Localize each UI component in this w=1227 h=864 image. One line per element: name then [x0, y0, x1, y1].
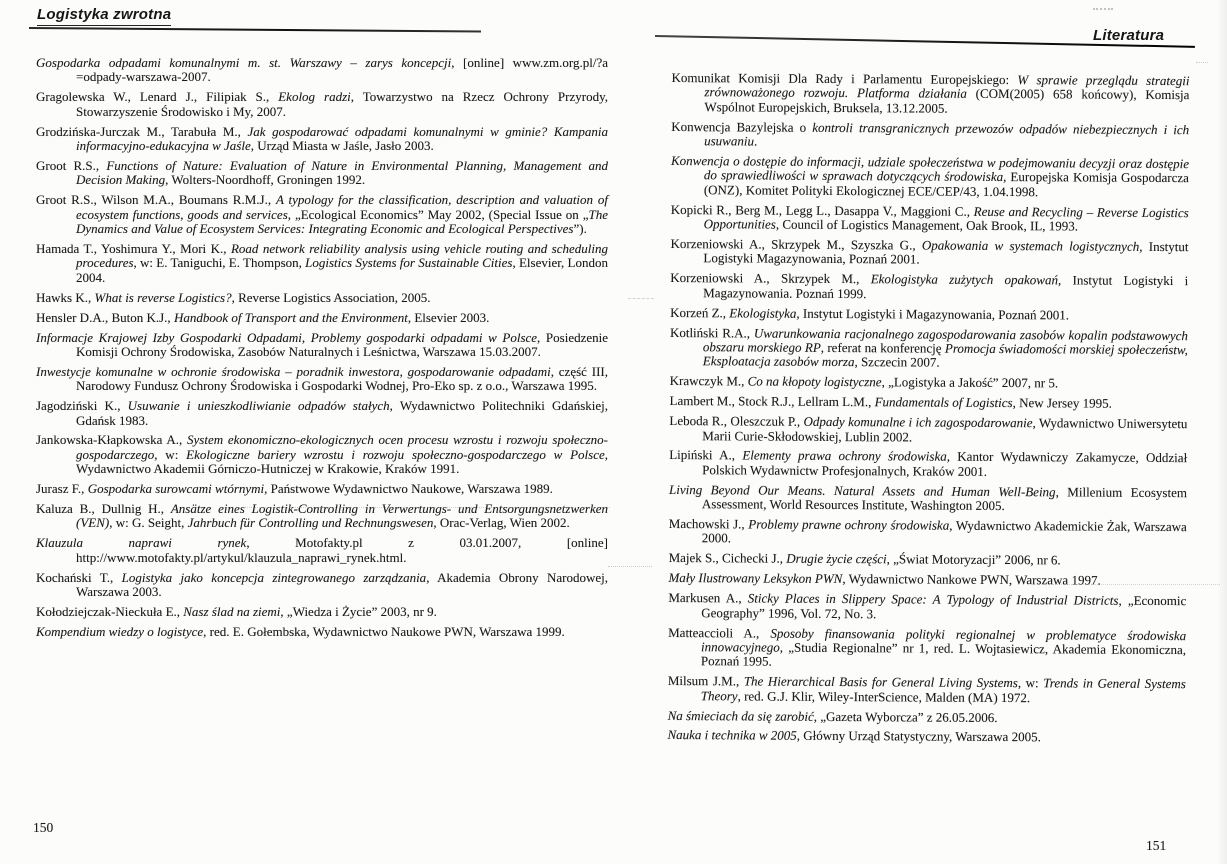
entry-text-run: , Wolters-Noordhoff, Groningen 1992.	[165, 172, 365, 187]
entry-text-run: , Wydawnictwo Nankowe PWN, Warszawa 1997…	[842, 571, 1100, 588]
entry-title-run: Jahrbuch für Controlling und Rechnungswe…	[188, 515, 434, 530]
entry-text-run: , „Wiedza i Życie” 2003, nr 9.	[280, 604, 437, 619]
entry-text-run: , w:	[154, 447, 186, 462]
entry-title-run: Nasz ślad na ziemi	[183, 604, 280, 619]
entry-title-run: Ekologistyka zużytych opakowań	[871, 272, 1058, 288]
entry-text-run: , „Ecological Economics” May 2002, (Spec…	[288, 207, 589, 222]
entry-title-run: Logistyka jako koncepcja zintegrowanego …	[122, 570, 427, 585]
entry-text-run: Groot R.S.,	[36, 158, 106, 173]
bibliography-entry: Lambert M., Stock R.J., Lellram L.M., Fu…	[670, 394, 1188, 412]
bibliography-entry: Kołodziejczak-Nieckuła E., Nasz ślad na …	[36, 605, 608, 619]
bibliography-entry: Hamada T., Yoshimura Y., Mori K., Road n…	[36, 242, 608, 285]
entry-title-run: Gospodarka odpadami komunalnymi m. st. W…	[36, 55, 451, 70]
entry-text-run: , w: E. Taniguchi, E. Thompson,	[134, 255, 306, 270]
bibliography-entry: Jankowska-Kłapkowska A., System ekonomic…	[36, 433, 608, 476]
entry-text-run: , red. G.J. Klir, Wiley-InterScience, Ma…	[738, 688, 1031, 705]
entry-title-run: Handbook of Transport and the Environmen…	[174, 310, 408, 325]
entry-text-run: , „Świat Motoryzacji” 2006, nr 6.	[887, 552, 1061, 568]
entry-text-run: Jagodziński K.,	[36, 398, 128, 413]
entry-text-run: Jankowska-Kłapkowska A.,	[36, 432, 187, 447]
entry-title-run: Logistics Systems for Sustainable Cities	[305, 255, 512, 270]
entry-text-run: Hawks K.,	[36, 290, 95, 305]
entry-text-run: Milsum J.M.,	[668, 673, 744, 688]
bibliography-entry: Klauzula naprawi rynek, Motofakty.pl z 0…	[36, 536, 608, 565]
bibliography-entry: Gospodarka odpadami komunalnymi m. st. W…	[36, 56, 608, 85]
entry-title-run: Ekolog radzi	[278, 89, 351, 104]
entry-title-run: Gospodarka surowcami wtórnymi	[88, 481, 264, 496]
entry-text-run: Korzeniowski A., Skrzypek M.,	[670, 270, 871, 286]
entry-text-run: , w:	[1018, 675, 1044, 690]
entry-text-run: , „Logistyka a Jakość” 2007, nr 5.	[882, 375, 1059, 391]
entry-text-run: , red. E. Gołembska, Wydawnictwo Naukowe…	[203, 624, 565, 639]
bibliography-entry: Konwencja o dostępie do informacji, udzi…	[671, 154, 1189, 200]
entry-text-run: Markusen A.,	[668, 590, 748, 605]
bibliography-entry: Grodzińska-Jurczak M., Tarabuła M., Jak …	[36, 125, 608, 154]
entry-text-run: Kotliński R.A.,	[670, 325, 754, 341]
bibliography-entry: Jagodziński K., Usuwanie i unieszkodliwi…	[36, 399, 608, 428]
bibliography-entry: Informacje Krajowej Izby Gospodarki Odpa…	[36, 331, 608, 360]
bibliography-entry: Groot R.S., Wilson M.A., Boumans R.M.J.,…	[36, 193, 608, 236]
entry-title-run: Problemy prawne ochrony środowiska	[748, 517, 949, 533]
entry-text-run: , Elsevier 2003.	[408, 310, 490, 325]
entry-text-run: Korzeń Z.,	[670, 305, 729, 320]
entry-title-run: Co na kłopoty logistyczne	[748, 374, 882, 390]
bibliography-entry: Gragolewska W., Lenard J., Filipiak S., …	[36, 90, 608, 119]
entry-text-run: Hamada T., Yoshimura Y., Mori K.,	[36, 241, 231, 256]
bibliography-entry: Na śmieciach da się zarobić, „Gazeta Wyb…	[668, 709, 1186, 727]
bibliography-column-right: Komunikat Komisji Dla Rady i Parlamentu …	[667, 0, 1190, 751]
entry-title-run: Mały Ilustrowany Leksykon PWN	[668, 570, 842, 586]
entry-text-run: Konwencja Bazylejska o	[671, 119, 812, 135]
bibliography-entry: Leboda R., Oleszczuk P., Odpady komunaln…	[669, 414, 1187, 446]
bibliography-entry: Korzeń Z., Ekologistyka, Instytut Logist…	[670, 306, 1188, 324]
bibliography-column-left: Gospodarka odpadami komunalnymi m. st. W…	[36, 0, 608, 645]
entry-title-run: Opakowania w systemach logistycznych	[922, 238, 1139, 254]
entry-text-run: Groot R.S., Wilson M.A., Boumans R.M.J.,	[36, 192, 276, 207]
entry-text-run: Matteaccioli A.,	[668, 624, 770, 640]
entry-text-run: , Orac-Verlag, Wien 2002.	[433, 515, 569, 530]
entry-text-run: , Urząd Miasta w Jaśle, Jasło 2003.	[251, 138, 434, 153]
entry-title-run: Klauzula naprawi rynek	[36, 535, 246, 550]
entry-text-run: , Reverse Logistics Association, 2005.	[232, 290, 431, 305]
entry-text-run: Majek S., Cichecki J.,	[669, 550, 787, 566]
bibliography-entry: Machowski J., Problemy prawne ochrony śr…	[669, 517, 1187, 549]
bibliography-entry: Lipiński A., Elementy prawa ochrony środ…	[669, 448, 1187, 480]
entry-text-run: , Szczecin 2007.	[854, 355, 939, 371]
bibliography-entry: Majek S., Cichecki J., Drugie życie częś…	[669, 551, 1187, 569]
entry-text-run: ”).	[573, 221, 586, 236]
entry-text-run: Gragolewska W., Lenard J., Filipiak S.,	[36, 89, 278, 104]
scan-artifact	[238, 507, 610, 508]
entry-title-run: Fundamentals of Logistics	[875, 394, 1013, 410]
entry-text-run: Jurasz F.,	[36, 481, 88, 496]
entry-title-run: Drugie życie części	[786, 551, 886, 567]
bibliography-entry: Milsum J.M., The Hierarchical Basis for …	[668, 674, 1186, 706]
entry-text-run: , w: G. Seight,	[109, 515, 187, 530]
bibliography-entry: Komunikat Komisji Dla Rady i Parlamentu …	[671, 71, 1189, 117]
bibliography-entry: Hawks K., What is reverse Logistics?, Re…	[36, 291, 608, 305]
page-number-right: 151	[1146, 838, 1166, 854]
bibliography-entry: Markusen A., Sticky Places in Slippery S…	[668, 591, 1186, 623]
bibliography-entry: Matteaccioli A., Sposoby finansowania po…	[668, 625, 1186, 671]
scan-artifact	[628, 298, 654, 299]
entry-title-run: Kompendium wiedzy o logistyce	[36, 624, 203, 639]
bibliography-entry: Jurasz F., Gospodarka surowcami wtórnymi…	[36, 482, 608, 496]
entry-text-run: Hensler D.A., Buton K.J.,	[36, 310, 174, 325]
entry-title-run: Inwestycje komunalne w ochronie środowis…	[36, 364, 551, 379]
bibliography-entry: Inwestycje komunalne w ochronie środowis…	[36, 365, 608, 394]
entry-text-run: Lipiński A.,	[669, 447, 742, 462]
scan-artifact	[1093, 8, 1113, 10]
entry-text-run: Krawczyk M.,	[670, 373, 748, 388]
entry-text-run: , referat na konferencję	[821, 340, 945, 356]
entry-title-run: Informacje Krajowej Izby Gospodarki Odpa…	[36, 330, 537, 345]
scan-edge-shadow	[1217, 0, 1227, 864]
bibliography-entry: Korzeniowski A., Skrzypek M., Szyszka G.…	[670, 237, 1188, 269]
bibliography-entry: Living Beyond Our Means. Natural Assets …	[669, 483, 1187, 515]
entry-text-run: Grodzińska-Jurczak M., Tarabuła M.,	[36, 124, 248, 139]
bibliography-entry: Kochański T., Logistyka jako koncepcja z…	[36, 571, 608, 600]
entry-text-run: , Instytut Logistyki i Magazynowania, Po…	[796, 305, 1069, 322]
entry-text-run: , Council of Logistics Management, Oak B…	[776, 217, 1078, 234]
bibliography-entry: Konwencja Bazylejska o kontroli transgra…	[671, 120, 1189, 152]
entry-title-run: Na śmieciach da się zarobić	[668, 708, 814, 724]
scanned-book-spread: { "left_page": { "header": "Logistyka zw…	[0, 0, 1227, 864]
entry-title-run: Nauka i technika w 2005	[667, 727, 796, 743]
bibliography-entry: Korzeniowski A., Skrzypek M., Ekologisty…	[670, 271, 1188, 303]
bibliography-entry: Krawczyk M., Co na kłopoty logistyczne, …	[670, 374, 1188, 392]
bibliography-entry: Nauka i technika w 2005, Główny Urząd St…	[667, 728, 1185, 746]
entry-text-run: Kaluza B., Dullnig H.,	[36, 501, 171, 516]
bibliography-entry: Groot R.S., Functions of Nature: Evaluat…	[36, 159, 608, 188]
bibliography-entry: Kotliński R.A., Uwarunkowania racjonalne…	[670, 326, 1188, 372]
entry-text-run: , „Gazeta Wyborcza” z 26.05.2006.	[814, 708, 998, 724]
entry-text-run: , New Jersey 1995.	[1013, 395, 1112, 411]
bibliography-entry: Kompendium wiedzy o logistyce, red. E. G…	[36, 625, 608, 639]
scan-artifact	[1048, 584, 1220, 585]
entry-text-run: Kochański T.,	[36, 570, 122, 585]
entry-text-run: .	[754, 134, 757, 149]
entry-title-run: Usuwanie i unieszkodliwianie odpadów sta…	[128, 398, 390, 413]
scan-artifact	[608, 566, 652, 567]
page-number-left: 150	[33, 820, 53, 836]
entry-text-run: Leboda R., Oleszczuk P.,	[669, 413, 803, 429]
entry-text-run: Machowski J.,	[669, 516, 749, 531]
entry-title-run: Ekologiczne bariery wzrostu i rozwoju sp…	[186, 447, 605, 462]
entry-title-run: Ekologistyka	[729, 305, 796, 320]
entry-text-run: , Państwowe Wydawnictwo Naukowe, Warszaw…	[264, 481, 553, 496]
bibliography-entry: Hensler D.A., Buton K.J., Handbook of Tr…	[36, 311, 608, 325]
bibliography-entry: Mały Ilustrowany Leksykon PWN, Wydawnict…	[668, 571, 1186, 589]
entry-title-run: What is reverse Logistics?	[95, 290, 232, 305]
entry-text-run: , Główny Urząd Statystyczny, Warszawa 20…	[797, 728, 1041, 744]
bibliography-entry: Kopicki R., Berg M., Legg L., Dasappa V.…	[671, 203, 1189, 235]
entry-text-run: Lambert M., Stock R.J., Lellram L.M.,	[670, 393, 875, 409]
entry-text-run: Kołodziejczak-Nieckuła E.,	[36, 604, 183, 619]
scan-artifact	[1196, 62, 1208, 63]
